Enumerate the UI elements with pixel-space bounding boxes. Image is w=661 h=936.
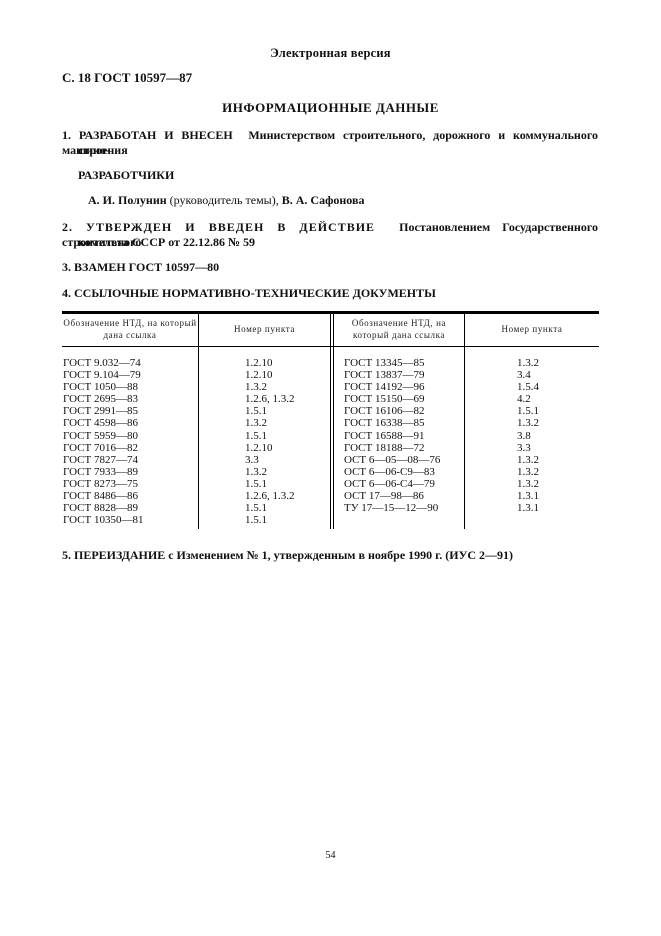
table-cell: 1.5.1 [517,405,539,417]
table-cell: 1.3.2 [245,417,295,429]
table-cell: ГОСТ 18188—72 [344,442,440,454]
left-docs-column: ГОСТ 9.032—74ГОСТ 9.104—79ГОСТ 1050—88ГО… [63,357,143,526]
table-cell: 1.5.1 [245,478,295,490]
item-reissue: 5. ПЕРЕИЗДАНИЕ с Изменением № 1, утвержд… [62,548,513,563]
table-cell: ГОСТ 2695—83 [63,393,143,405]
table-cell: ГОСТ 14192—96 [344,381,440,393]
table-cell: 1.5.1 [245,514,295,526]
item-lead: 2. УТВЕРЖДЕН И ВВЕДЕН В ДЕЙСТВИЕ [62,220,375,234]
header-clause-right: Номер пункта [465,323,599,335]
column-divider-double [330,314,331,529]
reference-docs-table: Обозначение НТД, на который дана ссылка … [62,311,599,529]
table-cell: 1.3.2 [245,466,295,478]
table-cell: ГОСТ 7933—89 [63,466,143,478]
column-divider [464,314,465,529]
developers-heading: РАЗРАБОТЧИКИ [78,168,174,183]
electronic-version-note: Электронная версия [0,46,661,61]
column-divider-double [333,314,334,529]
table-cell: 4.2 [517,393,539,405]
header-doc-right: Обозначение НТД, на который дана ссылка [334,317,464,341]
table-cell: 1.2.10 [245,357,295,369]
table-cell: ГОСТ 7827—74 [63,454,143,466]
table-cell: 1.5.4 [517,381,539,393]
table-cell: 1.2.6, 1.3.2 [245,490,295,502]
item-replaces: 3. ВЗАМЕН ГОСТ 10597—80 [62,260,219,275]
table-cell: ГОСТ 7016—82 [63,442,143,454]
table-cell: 3.3 [245,454,295,466]
table-cell: ГОСТ 16338—85 [344,417,440,429]
developer-role: (руководитель темы), [167,193,282,207]
table-cell: 1.3.1 [517,490,539,502]
table-cell: 1.5.1 [245,502,295,514]
table-cell: ОСТ 6—06-С9—83 [344,466,440,478]
table-cell: ГОСТ 1050—88 [63,381,143,393]
table-cell: 1.3.2 [517,417,539,429]
table-cell: 1.3.2 [517,478,539,490]
item-reference-docs: 4. ССЫЛОЧНЫЕ НОРМАТИВНО-ТЕХНИЧЕСКИЕ ДОКУ… [62,286,436,301]
table-cell: 1.3.2 [245,381,295,393]
table-cell: 1.2.10 [245,369,295,381]
table-cell: 1.5.1 [245,430,295,442]
developer-name: В. А. Сафонова [282,193,365,207]
table-cell: ГОСТ 4598—86 [63,417,143,429]
table-cell: ГОСТ 2991—85 [63,405,143,417]
table-cell: ОСТ 17—98—86 [344,490,440,502]
page-reference: С. 18 ГОСТ 10597—87 [62,70,192,86]
right-clauses-column: 1.3.23.41.5.44.21.5.11.3.23.83.31.3.21.3… [517,357,539,514]
header-doc-left: Обозначение НТД, на который дана ссылка [62,317,198,341]
table-cell: ГОСТ 9.104—79 [63,369,143,381]
table-cell: ГОСТ 8486—86 [63,490,143,502]
table-cell: ГОСТ 8273—75 [63,478,143,490]
table-cell: ОСТ 6—06-С4—79 [344,478,440,490]
table-cell: ГОСТ 5959—80 [63,430,143,442]
item-lead: 1. РАЗРАБОТАН И ВНЕСЕН [62,128,233,142]
right-docs-column: ГОСТ 13345—85ГОСТ 13837—79ГОСТ 14192—96Г… [344,357,440,514]
table-cell: ГОСТ 10350—81 [63,514,143,526]
item-developed-by: 1. РАЗРАБОТАН И ВНЕСЕН Министерством стр… [62,128,598,158]
table-cell: 1.3.1 [517,502,539,514]
table-cell: ГОСТ 8828—89 [63,502,143,514]
table-cell: ГОСТ 13837—79 [344,369,440,381]
table-cell: ОСТ 6—05—08—76 [344,454,440,466]
header-clause-left: Номер пункта [199,323,330,335]
table-cell: 3.3 [517,442,539,454]
table-cell: 1.3.2 [517,454,539,466]
item-developed-by-cont: строения [78,143,128,158]
left-clauses-column: 1.2.101.2.101.3.21.2.6, 1.3.21.5.11.3.21… [245,357,295,526]
table-cell: ГОСТ 15150—69 [344,393,440,405]
table-cell: ГОСТ 16106—82 [344,405,440,417]
column-divider [198,314,199,529]
table-cell: ТУ 17—15—12—90 [344,502,440,514]
developers-list: А. И. Полунин (руководитель темы), В. А.… [88,193,364,208]
table-cell: 3.4 [517,369,539,381]
table-cell: ГОСТ 16588—91 [344,430,440,442]
section-title: ИНФОРМАЦИОННЫЕ ДАННЫЕ [0,100,661,116]
table-cell: 1.2.10 [245,442,295,454]
page-number: 54 [0,850,661,861]
table-cell: ГОСТ 9.032—74 [63,357,143,369]
developer-name: А. И. Полунин [88,193,167,207]
table-cell: 3.8 [517,430,539,442]
table-cell: 1.5.1 [245,405,295,417]
item-approved-cont: комитета СССР от 22.12.86 № 59 [78,235,255,250]
table-cell: ГОСТ 13345—85 [344,357,440,369]
table-cell: 1.3.2 [517,466,539,478]
table-cell: 1.3.2 [517,357,539,369]
table-cell: 1.2.6, 1.3.2 [245,393,295,405]
